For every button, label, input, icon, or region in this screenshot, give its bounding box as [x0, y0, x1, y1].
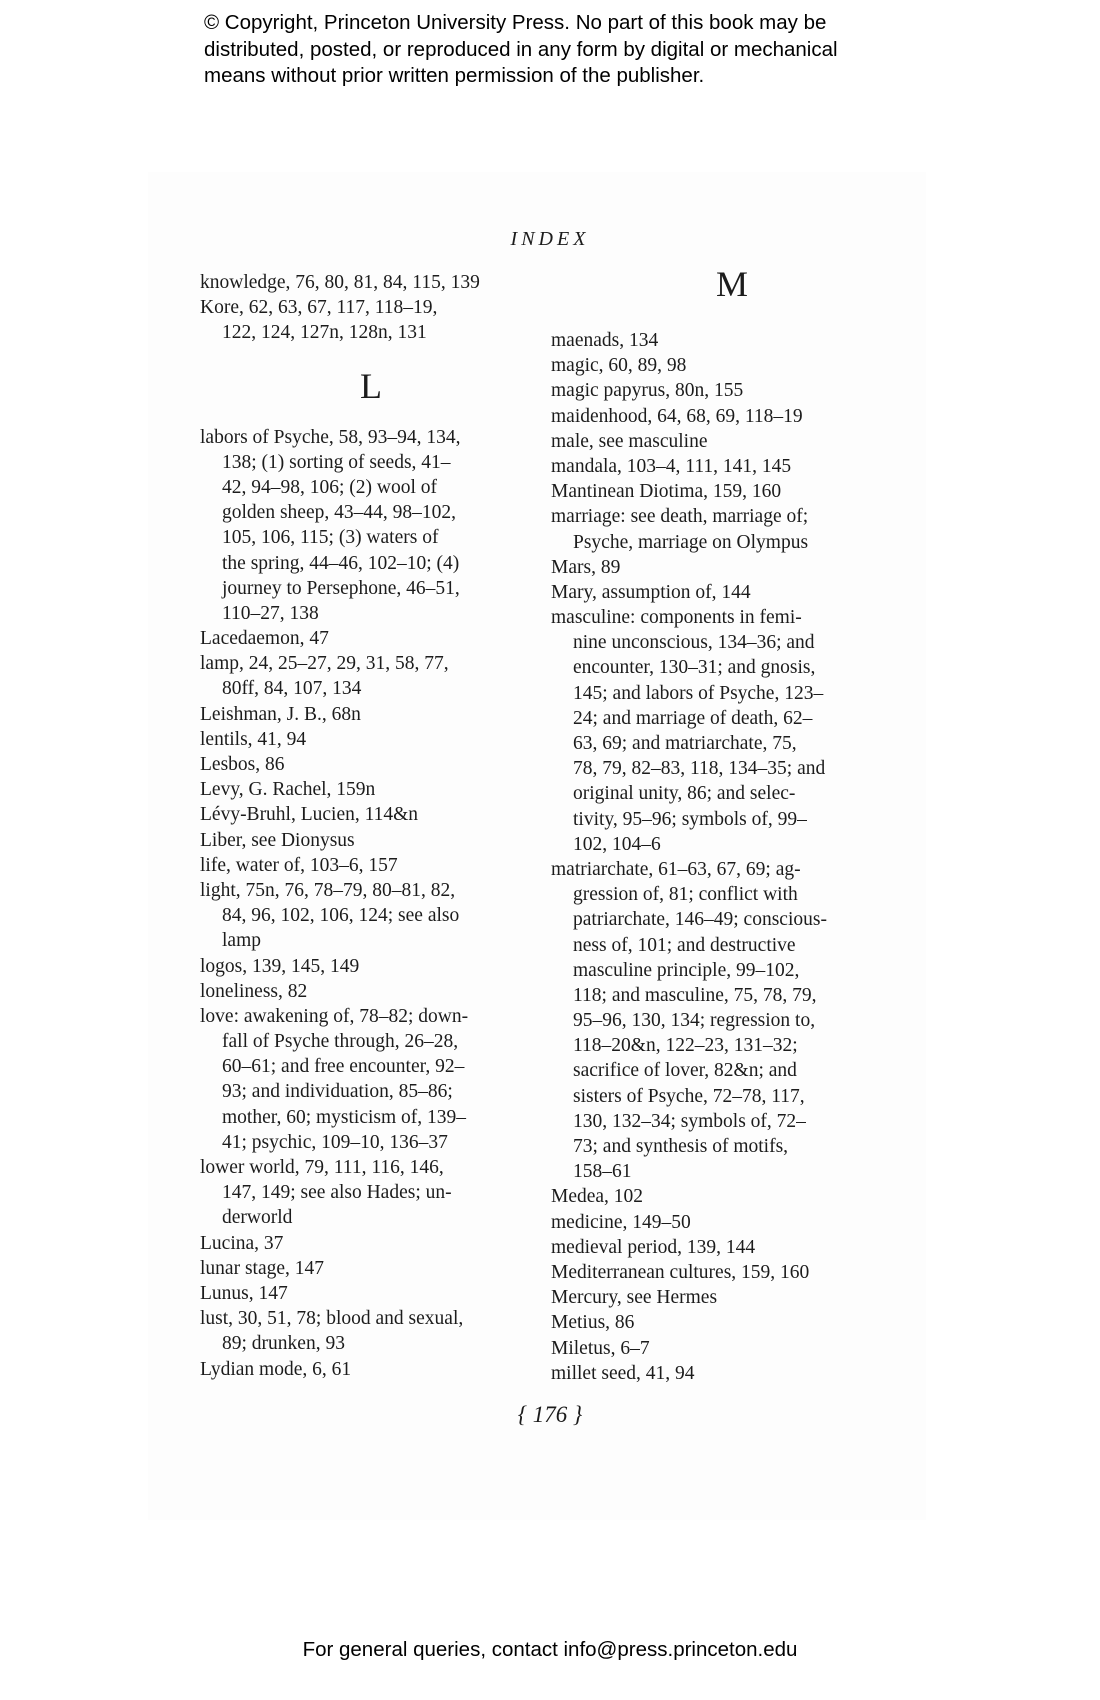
- index-entry: maidenhood, 64, 68, 69, 118–19: [551, 404, 873, 429]
- index-entry: lentils, 41, 94: [200, 727, 522, 752]
- index-entry: love: awakening of, 78–82; down-: [200, 1004, 522, 1029]
- index-entry: magic papyrus, 80n, 155: [551, 378, 873, 403]
- index-entry: lower world, 79, 111, 116, 146,: [200, 1155, 522, 1180]
- index-entry-continuation: 95–96, 130, 134; regression to,: [551, 1008, 873, 1033]
- index-column-right: M maenads, 134magic, 60, 89, 98magic pap…: [551, 264, 873, 1386]
- index-entry: Metius, 86: [551, 1310, 873, 1335]
- page-number: { 176 }: [0, 1402, 1100, 1428]
- index-entry-continuation: tivity, 95–96; symbols of, 99–: [551, 807, 873, 832]
- index-entry-continuation: 80ff, 84, 107, 134: [200, 676, 522, 701]
- index-entry-continuation: 158–61: [551, 1159, 873, 1184]
- index-entry: magic, 60, 89, 98: [551, 353, 873, 378]
- index-entry-continuation: gression of, 81; conflict with: [551, 882, 873, 907]
- index-entry: Lunus, 147: [200, 1281, 522, 1306]
- index-entry-continuation: 147, 149; see also Hades; un-: [200, 1180, 522, 1205]
- index-entry: Leishman, J. B., 68n: [200, 702, 522, 727]
- contact-footer: For general queries, contact info@press.…: [0, 1638, 1100, 1662]
- index-entry: Lacedaemon, 47: [200, 626, 522, 651]
- index-entry-continuation: 118–20&n, 122–23, 131–32;: [551, 1033, 873, 1058]
- index-entry-continuation: sisters of Psyche, 72–78, 117,: [551, 1084, 873, 1109]
- index-entry-continuation: 73; and synthesis of motifs,: [551, 1134, 873, 1159]
- index-entry-continuation: sacrifice of lover, 82&n; and: [551, 1058, 873, 1083]
- running-head: INDEX: [0, 228, 1100, 251]
- index-entry: Medea, 102: [551, 1184, 873, 1209]
- index-entry-continuation: Psyche, marriage on Olympus: [551, 530, 873, 555]
- index-entry-continuation: 60–61; and free encounter, 92–: [200, 1054, 522, 1079]
- index-entry-continuation: 122, 124, 127n, 128n, 131: [200, 320, 522, 345]
- index-entry-continuation: 130, 132–34; symbols of, 72–: [551, 1109, 873, 1134]
- index-entry-continuation: 89; drunken, 93: [200, 1331, 522, 1356]
- index-entry-continuation: 84, 96, 102, 106, 124; see also: [200, 903, 522, 928]
- index-entry-continuation: the spring, 44–46, 102–10; (4): [200, 551, 522, 576]
- index-entry-continuation: masculine principle, 99–102,: [551, 958, 873, 983]
- index-entry: medieval period, 139, 144: [551, 1235, 873, 1260]
- index-entries-k: knowledge, 76, 80, 81, 84, 115, 139Kore,…: [200, 270, 522, 346]
- index-entry: light, 75n, 76, 78–79, 80–81, 82,: [200, 878, 522, 903]
- index-entry: Liber, see Dionysus: [200, 828, 522, 853]
- index-entry-continuation: 93; and individuation, 85–86;: [200, 1079, 522, 1104]
- section-letter-l: L: [200, 366, 522, 406]
- copyright-line: means without prior written permission o…: [204, 63, 924, 90]
- index-entry-continuation: 63, 69; and matriarchate, 75,: [551, 731, 873, 756]
- index-entry: lust, 30, 51, 78; blood and sexual,: [200, 1306, 522, 1331]
- index-entry: Lesbos, 86: [200, 752, 522, 777]
- index-entry: Mary, assumption of, 144: [551, 580, 873, 605]
- index-entry: Lévy-Bruhl, Lucien, 114&n: [200, 802, 522, 827]
- index-entry: medicine, 149–50: [551, 1210, 873, 1235]
- index-entry-continuation: 145; and labors of Psyche, 123–: [551, 681, 873, 706]
- index-entry: Lydian mode, 6, 61: [200, 1357, 522, 1382]
- index-entries-l: labors of Psyche, 58, 93–94, 134,138; (1…: [200, 425, 522, 1382]
- index-entry: Mantinean Diotima, 159, 160: [551, 479, 873, 504]
- index-entry: millet seed, 41, 94: [551, 1361, 873, 1386]
- index-entry: Mediterranean cultures, 159, 160: [551, 1260, 873, 1285]
- index-entry-continuation: 110–27, 138: [200, 601, 522, 626]
- index-entry-continuation: nine unconscious, 134–36; and: [551, 630, 873, 655]
- index-entry: Mars, 89: [551, 555, 873, 580]
- index-entry: matriarchate, 61–63, 67, 69; ag-: [551, 857, 873, 882]
- index-entry: masculine: components in femi-: [551, 605, 873, 630]
- index-entry-continuation: original unity, 86; and selec-: [551, 781, 873, 806]
- index-entry-continuation: patriarchate, 146–49; conscious-: [551, 907, 873, 932]
- index-entry: marriage: see death, marriage of;: [551, 504, 873, 529]
- index-entry-continuation: encounter, 130–31; and gnosis,: [551, 655, 873, 680]
- index-entries-m: maenads, 134magic, 60, 89, 98magic papyr…: [551, 328, 873, 1386]
- index-entry: Miletus, 6–7: [551, 1336, 873, 1361]
- index-entry-continuation: 42, 94–98, 106; (2) wool of: [200, 475, 522, 500]
- index-entry-continuation: 24; and marriage of death, 62–: [551, 706, 873, 731]
- index-entry-continuation: ness of, 101; and destructive: [551, 933, 873, 958]
- index-entry: lunar stage, 147: [200, 1256, 522, 1281]
- section-letter-m: M: [551, 264, 873, 304]
- index-entry: Mercury, see Hermes: [551, 1285, 873, 1310]
- index-entry-continuation: fall of Psyche through, 26–28,: [200, 1029, 522, 1054]
- index-entry: labors of Psyche, 58, 93–94, 134,: [200, 425, 522, 450]
- index-entry-continuation: golden sheep, 43–44, 98–102,: [200, 500, 522, 525]
- copyright-notice: © Copyright, Princeton University Press.…: [204, 10, 924, 90]
- index-entry: Kore, 62, 63, 67, 117, 118–19,: [200, 295, 522, 320]
- index-entry-continuation: 78, 79, 82–83, 118, 134–35; and: [551, 756, 873, 781]
- copyright-line: © Copyright, Princeton University Press.…: [204, 10, 924, 37]
- index-entry: lamp, 24, 25–27, 29, 31, 58, 77,: [200, 651, 522, 676]
- index-entry: mandala, 103–4, 111, 141, 145: [551, 454, 873, 479]
- index-entry: male, see masculine: [551, 429, 873, 454]
- index-entry: life, water of, 103–6, 157: [200, 853, 522, 878]
- index-entry-continuation: mother, 60; mysticism of, 139–: [200, 1105, 522, 1130]
- index-column-left: knowledge, 76, 80, 81, 84, 115, 139Kore,…: [200, 270, 522, 1382]
- index-entry: maenads, 134: [551, 328, 873, 353]
- index-entry-continuation: lamp: [200, 928, 522, 953]
- index-entry: Lucina, 37: [200, 1231, 522, 1256]
- index-entry: Levy, G. Rachel, 159n: [200, 777, 522, 802]
- index-entry: knowledge, 76, 80, 81, 84, 115, 139: [200, 270, 522, 295]
- index-entry-continuation: derworld: [200, 1205, 522, 1230]
- index-entry-continuation: 41; psychic, 109–10, 136–37: [200, 1130, 522, 1155]
- index-entry-continuation: 102, 104–6: [551, 832, 873, 857]
- index-entry-continuation: 118; and masculine, 75, 78, 79,: [551, 983, 873, 1008]
- index-entry-continuation: 138; (1) sorting of seeds, 41–: [200, 450, 522, 475]
- index-entry-continuation: 105, 106, 115; (3) waters of: [200, 525, 522, 550]
- index-entry: loneliness, 82: [200, 979, 522, 1004]
- index-entry-continuation: journey to Persephone, 46–51,: [200, 576, 522, 601]
- copyright-line: distributed, posted, or reproduced in an…: [204, 37, 924, 64]
- index-entry: logos, 139, 145, 149: [200, 954, 522, 979]
